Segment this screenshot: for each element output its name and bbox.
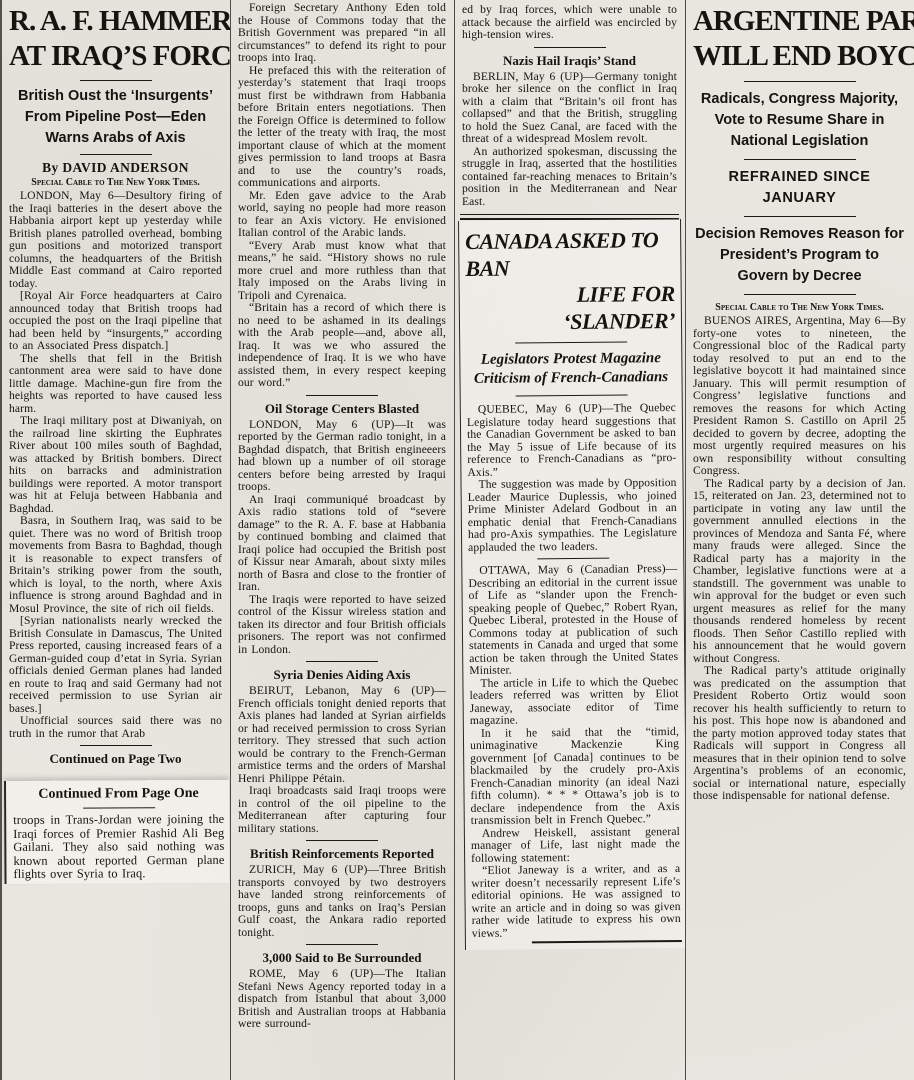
paragraph: The Radical party by a decision of Jan. … (693, 478, 906, 666)
paragraph: BUENOS AIRES, Argentina, May 6—By forty-… (693, 315, 906, 478)
newspaper-page: R. A. F. HAMMERINGAT IRAQ’S FORCESBritis… (0, 0, 914, 1080)
headline-line: CANADA ASKED TO BAN (465, 226, 675, 282)
headline: ARGENTINE PARTYWILL END BOYCOTT (693, 4, 906, 74)
section-heading: British Reinforcements Reported (238, 846, 446, 862)
paragraph: ROME, May 6 (UP)—The Italian Stefani New… (238, 968, 446, 1031)
paragraph: [Royal Air Force headquarters at Cairo a… (9, 290, 222, 353)
rule (306, 944, 378, 945)
paragraph: The shells that fell in the British cant… (9, 353, 222, 416)
deck-subhead: British Oust the ‘Insurgents’ From Pipel… (10, 86, 221, 149)
rule (83, 807, 155, 808)
kicker-subhead: Legislators Protest Magazine Criticism o… (466, 349, 675, 389)
paragraph: BERLIN, May 6 (UP)—Germany tonight broke… (462, 71, 677, 146)
rule (532, 940, 682, 943)
rule (515, 394, 627, 396)
deck-subhead: Decision Removes Reason for President’s … (694, 224, 905, 287)
news-column-eden: Foreign Secretary Anthony Eden told the … (230, 0, 454, 1080)
paragraph: Foreign Secretary Anthony Eden told the … (238, 2, 446, 65)
paragraph: An Iraqi communiqué broadcast by Axis ra… (238, 494, 446, 594)
paragraph: The Iraqis were reported to have seized … (238, 594, 446, 657)
deck-subhead: REFRAINED SINCE JANUARY (694, 167, 905, 209)
boxed-article: CANADA ASKED TO BANLIFE FOR ‘SLANDER’Leg… (458, 219, 685, 950)
deck-subhead: Radicals, Congress Majority, Vote to Res… (694, 89, 905, 152)
paragraph: The suggestion was made by Opposition Le… (467, 477, 677, 554)
headline-line: ARGENTINE PARTY (693, 4, 906, 39)
headline-line: R. A. F. HAMMERING (9, 4, 222, 39)
headline-line: WILL END BOYCOTT (693, 39, 906, 74)
rule (80, 154, 152, 155)
paragraph: ed by Iraq forces, which were unable to … (462, 4, 677, 42)
paragraph: ZURICH, May 6 (UP)—Three British transpo… (238, 864, 446, 939)
rule (515, 341, 627, 343)
byline: By DAVID ANDERSON (9, 160, 222, 176)
rule (306, 395, 378, 396)
paragraph: “Britain has a record of which there is … (238, 302, 446, 390)
credit-line: Special Cable to The New York Times. (9, 177, 222, 188)
paragraph: Mr. Eden gave advice to the Arab world, … (238, 190, 446, 240)
headline-line: LIFE FOR ‘SLANDER’ (466, 280, 676, 336)
paragraph: LONDON, May 6—Desultory firing of the Ir… (9, 190, 222, 290)
section-heading: Oil Storage Centers Blasted (238, 401, 446, 417)
news-column-argentine: ARGENTINE PARTYWILL END BOYCOTTRadicals,… (685, 0, 914, 1080)
paragraph: An authorized spokesman, discussing the … (462, 146, 677, 209)
rule (744, 81, 856, 82)
section-heading: Nazis Hail Iraqis’ Stand (462, 53, 677, 69)
continued-from-line: Continued From Page One (13, 786, 224, 803)
rule (744, 216, 856, 217)
rule (744, 159, 856, 160)
rule (80, 80, 152, 81)
headline: R. A. F. HAMMERINGAT IRAQ’S FORCES (9, 4, 222, 74)
paragraph: Unofficial sources said there was no tru… (9, 715, 222, 740)
paragraph: The Radical party’s attitude originally … (693, 665, 906, 803)
paragraph: In it he said that the “timid, unimagina… (470, 725, 680, 827)
paragraph: He prefaced this with the reiteration of… (238, 65, 446, 190)
news-column-canada: ed by Iraq forces, which were unable to … (454, 0, 685, 1080)
paragraph: LONDON, May 6 (UP)—It was reported by th… (238, 419, 446, 494)
rule (306, 661, 378, 662)
paragraph: [Syrian nationalists nearly wrecked the … (9, 615, 222, 715)
news-column-raf: R. A. F. HAMMERINGAT IRAQ’S FORCESBritis… (0, 0, 230, 1080)
paragraph: “Eliot Janeway is a writer, and as a wri… (471, 863, 681, 940)
paragraph: QUEBEC, May 6 (UP)—The Quebec Legislatur… (467, 402, 677, 479)
section-heading: 3,000 Said to Be Surrounded (238, 950, 446, 966)
paragraph: The Iraqi military post at Diwaniyah, on… (9, 415, 222, 515)
continued-on-line: Continued on Page Two (9, 751, 222, 767)
paragraph: Basra, in Southern Iraq, was said to be … (9, 515, 222, 615)
rule (306, 840, 378, 841)
rule (537, 558, 609, 560)
paragraph: BEIRUT, Lebanon, May 6 (UP)—French offic… (238, 685, 446, 785)
credit-line: Special Cable to The New York Times. (693, 302, 906, 313)
paragraph: troops in Trans-Jordan were joining the … (13, 813, 224, 882)
boxed-article: Continued From Page Onetroops in Trans-J… (4, 780, 230, 884)
rule (80, 745, 152, 746)
paragraph: OTTAWA, May 6 (Canadian Press)—Describin… (468, 563, 678, 678)
section-heading: Syria Denies Aiding Axis (238, 667, 446, 683)
rule (534, 47, 606, 48)
paragraph: The article in Life to which the Quebec … (469, 675, 678, 727)
rule (744, 294, 856, 295)
paragraph: Iraqi broadcasts said Iraqi troops were … (238, 785, 446, 835)
paragraph: “Every Arab must know what that means,” … (238, 240, 446, 303)
headline-line: AT IRAQ’S FORCES (9, 39, 222, 74)
headline-italic: CANADA ASKED TO BANLIFE FOR ‘SLANDER’ (465, 226, 675, 336)
paragraph: Andrew Heiskell, assistant general manag… (471, 825, 680, 865)
